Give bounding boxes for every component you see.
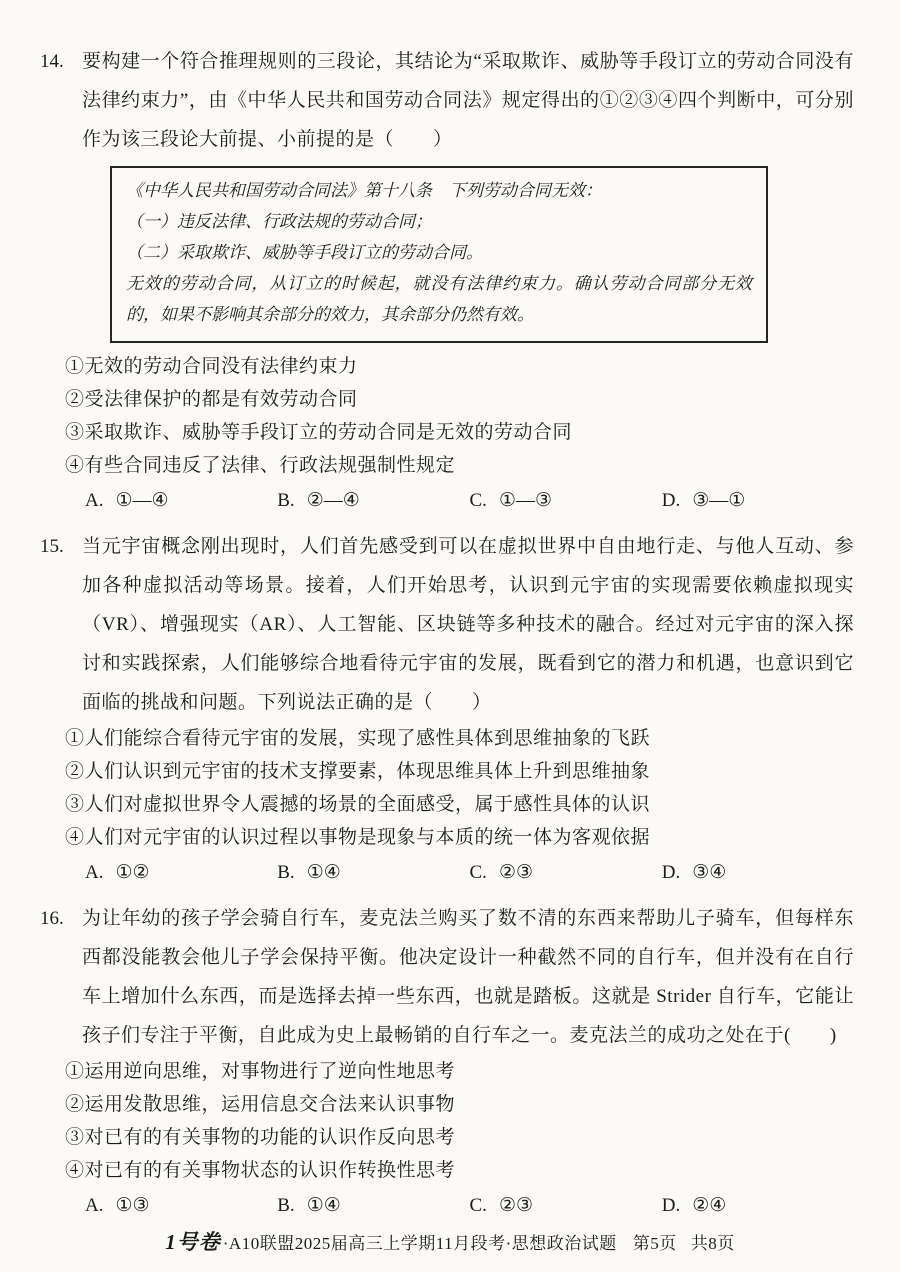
law-box-line: 无效的劳动合同，从订立的时候起，就没有法律约束力。确认劳动合同部分无效的，如果不… [126, 269, 752, 331]
option-a-text: ①③ [115, 1195, 149, 1216]
exam-brand-logo: 1号卷 [165, 1226, 221, 1256]
option-b-text: ②—④ [307, 490, 360, 511]
statement-4: ④对已有的有关事物状态的认识作转换性思考 [65, 1154, 854, 1187]
exam-page: 14. 要构建一个符合推理规则的三段论，其结论为“采取欺诈、威胁等手段订立的劳动… [0, 0, 900, 1272]
question-14-stem: 要构建一个符合推理规则的三段论，其结论为“采取欺诈、威胁等手段订立的劳动合同没有… [82, 42, 854, 159]
question-15-options: A.①② B.①④ C.②③ D.③④ [85, 856, 854, 890]
question-14-statements: ①无效的劳动合同没有法律约束力 ②受法律保护的都是有效劳动合同 ③采取欺诈、威胁… [40, 350, 854, 482]
footer-page-total: 共8页 [691, 1229, 735, 1254]
option-a-label: A. [85, 862, 103, 883]
option-b: B.①④ [277, 856, 469, 890]
option-b-label: B. [277, 862, 294, 883]
statement-1: ①运用逆向思维，对事物进行了逆向性地思考 [65, 1055, 854, 1088]
statement-1: ①人们能综合看待元宇宙的发展，实现了感性具体到思维抽象的飞跃 [65, 722, 854, 755]
question-15-stem-row: 15. 当元宇宙概念刚出现时，人们首先感受到可以在虚拟世界中自由地行走、与他人互… [40, 527, 854, 722]
statement-4: ④有些合同违反了法律、行政法规强制性规定 [65, 449, 854, 482]
statement-2: ②人们认识到元宇宙的技术支撑要素，体现思维具体上升到思维抽象 [65, 755, 854, 788]
statement-2: ②受法律保护的都是有效劳动合同 [65, 383, 854, 416]
statement-3: ③采取欺诈、威胁等手段订立的劳动合同是无效的劳动合同 [65, 416, 854, 449]
question-14-stem-row: 14. 要构建一个符合推理规则的三段论，其结论为“采取欺诈、威胁等手段订立的劳动… [40, 42, 854, 159]
option-a-label: A. [85, 490, 103, 511]
option-d-text: ②④ [692, 1195, 726, 1216]
question-15: 15. 当元宇宙概念刚出现时，人们首先感受到可以在虚拟世界中自由地行走、与他人互… [40, 527, 854, 890]
option-d-label: D. [662, 490, 680, 511]
option-d: D.③④ [662, 856, 854, 890]
statement-1: ①无效的劳动合同没有法律约束力 [65, 350, 854, 383]
question-14: 14. 要构建一个符合推理规则的三段论，其结论为“采取欺诈、威胁等手段订立的劳动… [40, 42, 854, 518]
statement-4: ④人们对元宇宙的认识过程以事物是现象与本质的统一体为客观依据 [65, 821, 854, 854]
option-b: B.②—④ [277, 484, 469, 518]
option-c: C.②③ [470, 856, 662, 890]
question-16-stem: 为让年幼的孩子学会骑自行车，麦克法兰购买了数不清的东西来帮助儿子骑车，但每样东西… [82, 899, 854, 1055]
question-15-number: 15. [40, 527, 82, 722]
option-a: A.①② [85, 856, 277, 890]
option-d-label: D. [662, 1195, 680, 1216]
option-b: B.①④ [277, 1189, 469, 1223]
question-16-stem-row: 16. 为让年幼的孩子学会骑自行车，麦克法兰购买了数不清的东西来帮助儿子骑车，但… [40, 899, 854, 1055]
option-c-text: ②③ [499, 1195, 533, 1216]
option-d: D.③—① [662, 484, 854, 518]
option-a-text: ①—④ [115, 490, 168, 511]
law-box-line: （二）采取欺诈、威胁等手段订立的劳动合同。 [126, 238, 752, 269]
option-c: C.①—③ [470, 484, 662, 518]
question-16-number: 16. [40, 899, 82, 1055]
option-a-text: ①② [115, 862, 149, 883]
option-d-text: ③—① [692, 490, 745, 511]
statement-2: ②运用发散思维，运用信息交合法来认识事物 [65, 1088, 854, 1121]
footer-exam-title: ·A10联盟2025届高三上学期11月段考·思想政治试题 [223, 1229, 617, 1254]
option-c: C.②③ [470, 1189, 662, 1223]
option-b-label: B. [277, 1195, 294, 1216]
option-b-text: ①④ [307, 1195, 341, 1216]
option-c-text: ①—③ [499, 490, 552, 511]
option-a: A.①③ [85, 1189, 277, 1223]
statement-3: ③人们对虚拟世界令人震撼的场景的全面感受，属于感性具体的认识 [65, 788, 854, 821]
question-16-statements: ①运用逆向思维，对事物进行了逆向性地思考 ②运用发散思维，运用信息交合法来认识事… [40, 1055, 854, 1187]
law-box-line: 《中华人民共和国劳动合同法》第十八条 下列劳动合同无效： [126, 176, 752, 207]
option-b-label: B. [277, 490, 294, 511]
statement-3: ③对已有的有关事物的功能的认识作反向思考 [65, 1121, 854, 1154]
question-15-stem: 当元宇宙概念刚出现时，人们首先感受到可以在虚拟世界中自由地行走、与他人互动、参加… [82, 527, 854, 722]
option-c-label: C. [470, 490, 487, 511]
question-14-options: A.①—④ B.②—④ C.①—③ D.③—① [85, 484, 854, 518]
footer-page-number: 第5页 [633, 1229, 677, 1254]
law-box-line: （一）违反法律、行政法规的劳动合同； [126, 207, 752, 238]
option-a: A.①—④ [85, 484, 277, 518]
option-c-label: C. [470, 862, 487, 883]
option-d: D.②④ [662, 1189, 854, 1223]
page-footer: 1号卷 ·A10联盟2025届高三上学期11月段考·思想政治试题 第5页 共8页 [0, 1226, 900, 1256]
question-16-options: A.①③ B.①④ C.②③ D.②④ [85, 1189, 854, 1223]
option-c-text: ②③ [499, 862, 533, 883]
question-15-statements: ①人们能综合看待元宇宙的发展，实现了感性具体到思维抽象的飞跃 ②人们认识到元宇宙… [40, 722, 854, 854]
law-excerpt-box: 《中华人民共和国劳动合同法》第十八条 下列劳动合同无效： （一）违反法律、行政法… [110, 166, 768, 343]
option-d-label: D. [662, 862, 680, 883]
question-14-number: 14. [40, 42, 82, 159]
question-16: 16. 为让年幼的孩子学会骑自行车，麦克法兰购买了数不清的东西来帮助儿子骑车，但… [40, 899, 854, 1223]
option-c-label: C. [470, 1195, 487, 1216]
option-a-label: A. [85, 1195, 103, 1216]
option-d-text: ③④ [692, 862, 726, 883]
option-b-text: ①④ [307, 862, 341, 883]
